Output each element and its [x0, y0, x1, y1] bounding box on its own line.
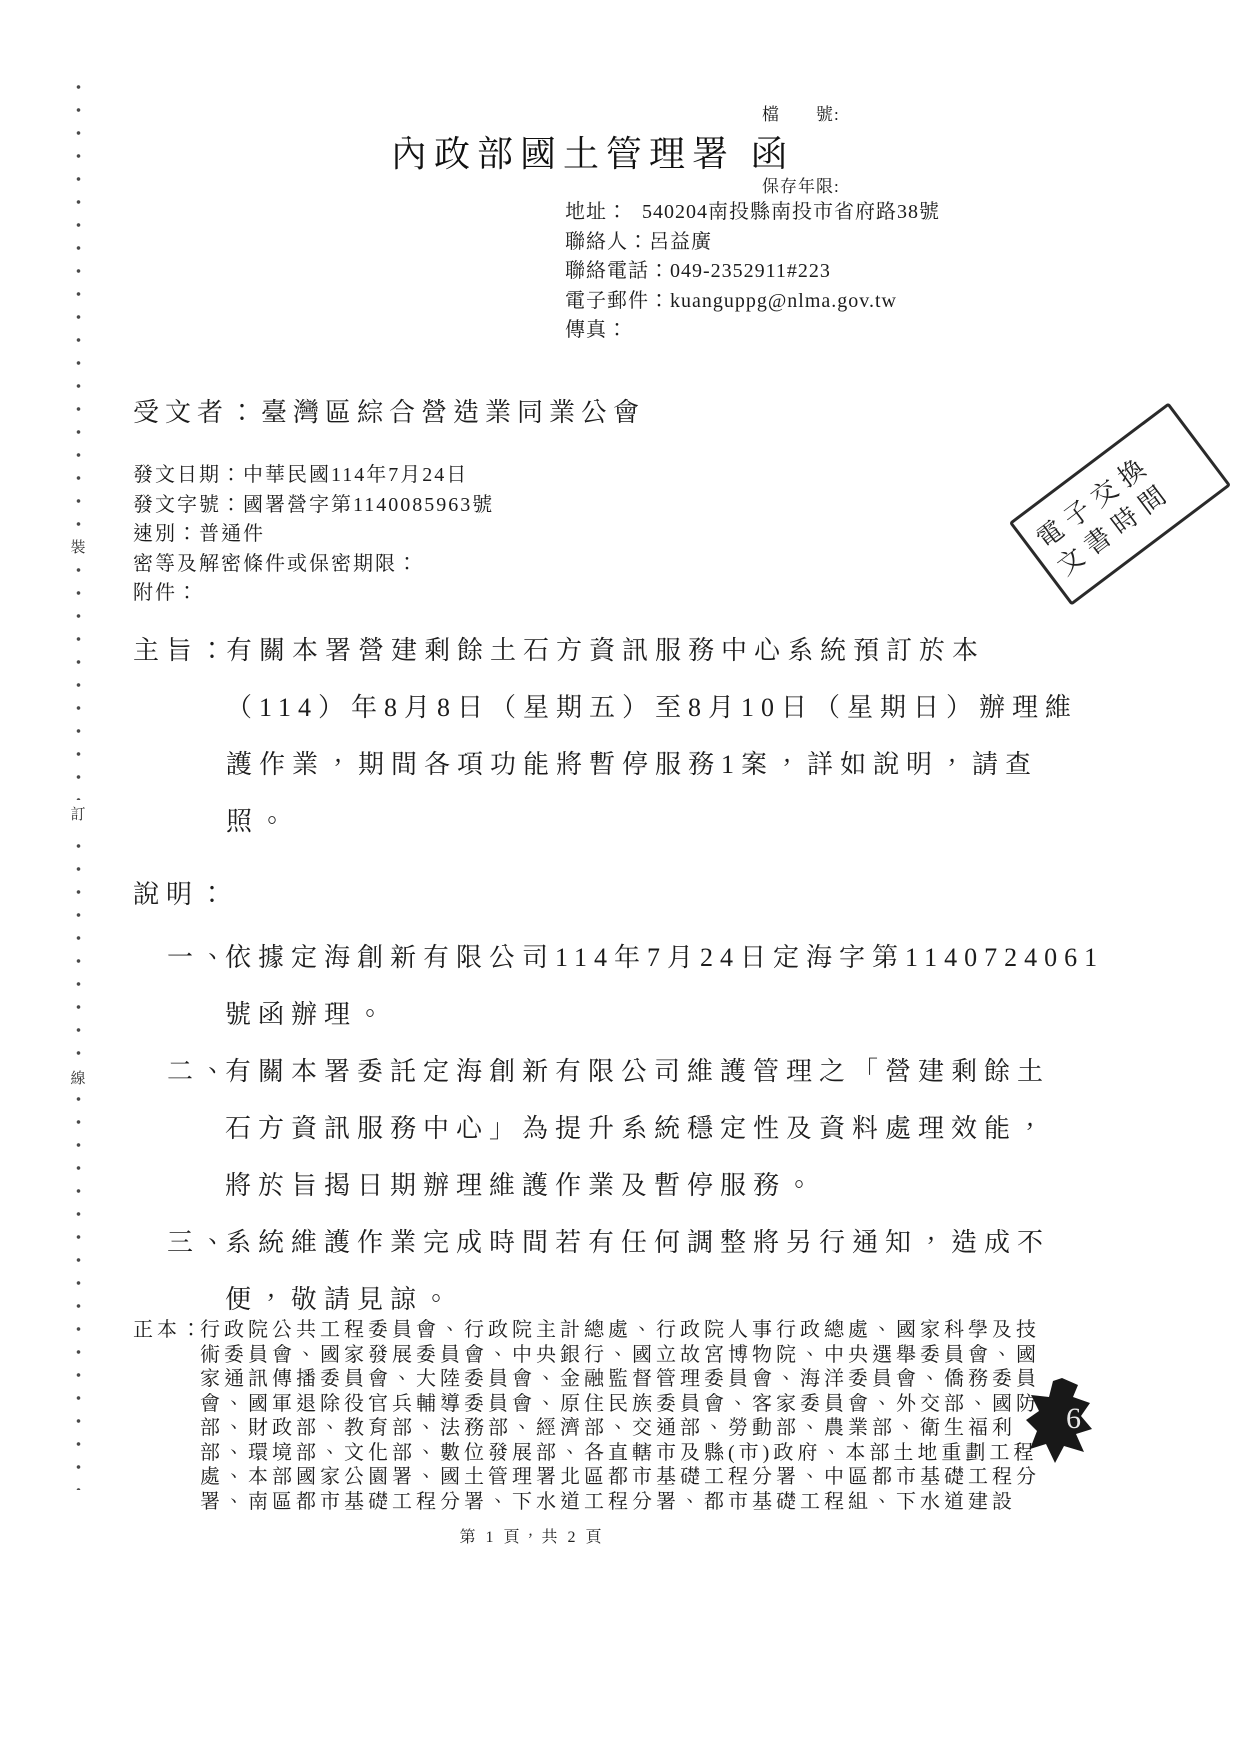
- binding-mark-ding: 訂: [68, 800, 88, 827]
- item-number: 二、: [167, 1043, 233, 1100]
- address-value: 540204南投縣南投市省府路38號: [642, 201, 940, 223]
- copies-paragraph: 正本： 行政院公共工程委員會、行政院主計總處、行政院人事行政總處、國家科學及技 …: [133, 1318, 1113, 1514]
- phone-label: 聯絡電話：: [565, 260, 670, 282]
- item-number: 一、: [167, 929, 233, 986]
- email-label: 電子郵件：: [565, 290, 670, 312]
- official-letter-page: 裝 訂 線 檔 號: 保存年限: 內政部國土管理署 函 地址：540204南投縣…: [0, 0, 1241, 1754]
- copies-line: 署、南區都市基礎工程分署、下水道工程分署、都市基礎工程組、下水道建設: [200, 1490, 1113, 1515]
- issue-date-line: 發文日期：中華民國114年7月24日: [133, 461, 494, 491]
- explanation-items: 一、 依據定海創新有限公司114年7月24日定海字第1140724061 號函辦…: [133, 929, 1113, 1328]
- copies-line: 部、財政部、教育部、法務部、經濟部、交通部、勞動部、農業部、衛生福利: [200, 1416, 1113, 1441]
- speed-class-line: 速別：普通件: [133, 520, 494, 550]
- subject-label: 主旨：: [133, 622, 232, 679]
- document-title: 內政部國土管理署 函: [0, 126, 1185, 177]
- subject-line: 照。: [226, 793, 1093, 850]
- subject-line: 護作業，期間各項功能將暫停服務1案，詳如說明，請查: [226, 736, 1093, 793]
- fax-label: 傳真：: [565, 319, 628, 341]
- address-line: 地址：540204南投縣南投市省府路38號: [565, 198, 940, 228]
- explanation-item-3: 三、 系統維護作業完成時間若有任何調整將另行通知，造成不 便，敬請見諒。: [133, 1214, 1113, 1328]
- attachment-line: 附件：: [133, 579, 494, 609]
- copies-line: 處、本部國家公園署、國土管理署北區都市基礎工程分署、中區都市基礎工程分: [200, 1465, 1113, 1490]
- copies-label: 正本：: [133, 1318, 205, 1343]
- item-number: 三、: [167, 1214, 233, 1271]
- recipient-label: 受文者：: [133, 398, 261, 427]
- explanation-line: 系統維護作業完成時間若有任何調整將另行通知，造成不: [225, 1214, 1113, 1271]
- explanation-line: 有關本署委託定海創新有限公司維護管理之「營建剩餘土: [225, 1043, 1113, 1100]
- issue-number-line: 發文字號：國署營字第1140085963號: [133, 491, 494, 521]
- email-line: 電子郵件：kuanguppg@nlma.gov.tw: [565, 287, 940, 317]
- subject-line: （114）年8月8日（星期五）至8月10日（星期日）辦理維: [226, 679, 1093, 736]
- binding-mark-xian: 線: [68, 1064, 88, 1091]
- phone-line: 聯絡電話：049-2352911#223: [565, 257, 940, 287]
- page-footer: 第 1 頁，共 2 頁: [0, 1524, 1064, 1547]
- contact-person-label: 聯絡人：: [565, 231, 649, 253]
- recipient-line: 受文者：臺灣區綜合營造業同業公會: [133, 392, 645, 429]
- electronic-exchange-stamp: 電子交換 文書時間: [1009, 402, 1231, 605]
- subject-paragraph: 主旨： 有關本署營建剩餘土石方資訊服務中心系統預訂於本 （114）年8月8日（星…: [133, 622, 1093, 850]
- subject-line: 有關本署營建剩餘土石方資訊服務中心系統預訂於本: [226, 622, 1093, 679]
- explanation-item-1: 一、 依據定海創新有限公司114年7月24日定海字第1140724061 號函辦…: [133, 929, 1113, 1043]
- email-value: kuanguppg@nlma.gov.tw: [670, 290, 897, 312]
- ink-blot-shape: 6: [1026, 1376, 1092, 1464]
- copies-line: 部、環境部、文化部、數位發展部、各直轄市及縣(市)政府、本部土地重劃工程: [200, 1441, 1113, 1466]
- explanation-line: 依據定海創新有限公司114年7月24日定海字第1140724061: [225, 929, 1113, 986]
- explanation-line: 石方資訊服務中心」為提升系統穩定性及資料處理效能，: [225, 1100, 1113, 1157]
- address-label: 地址：: [565, 201, 628, 223]
- contact-person-line: 聯絡人：呂益廣: [565, 228, 940, 258]
- contact-block: 地址：540204南投縣南投市省府路38號 聯絡人：呂益廣 聯絡電話：049-2…: [565, 198, 940, 346]
- contact-person-value: 呂益廣: [649, 231, 712, 253]
- copies-line: 術委員會、國家發展委員會、中央銀行、國立故宮博物院、中央選舉委員會、國: [200, 1343, 1113, 1368]
- security-class-line: 密等及解密條件或保密期限：: [133, 550, 494, 580]
- recipient-value: 臺灣區綜合營造業同業公會: [261, 398, 645, 427]
- explanation-line: 號函辦理。: [225, 986, 1113, 1043]
- binding-mark-zhuang: 裝: [68, 533, 88, 560]
- explanation-line: 將於旨揭日期辦理維護作業及暫停服務。: [225, 1157, 1113, 1214]
- phone-value: 049-2352911#223: [670, 260, 831, 282]
- document-meta: 發文日期：中華民國114年7月24日 發文字號：國署營字第1140085963號…: [133, 461, 494, 609]
- explanation-item-2: 二、 有關本署委託定海創新有限公司維護管理之「營建剩餘土 石方資訊服務中心」為提…: [133, 1043, 1113, 1214]
- binding-dotted-line: [76, 84, 81, 1490]
- ink-blot-mark: 6: [1026, 1376, 1092, 1469]
- copies-line: 會、國軍退除役官兵輔導委員會、原住民族委員會、客家委員會、外交部、國防: [200, 1392, 1113, 1417]
- copies-line: 行政院公共工程委員會、行政院主計總處、行政院人事行政總處、國家科學及技: [200, 1318, 1113, 1343]
- retention-period-label: 保存年限:: [762, 175, 840, 199]
- copies-line: 家通訊傳播委員會、大陸委員會、金融監督管理委員會、海洋委員會、僑務委員: [200, 1367, 1113, 1392]
- fax-line: 傳真：: [565, 316, 940, 346]
- explanation-label: 說明：: [133, 874, 232, 911]
- archive-digit: 6: [1066, 1402, 1081, 1435]
- file-number-label: 檔 號:: [762, 103, 840, 127]
